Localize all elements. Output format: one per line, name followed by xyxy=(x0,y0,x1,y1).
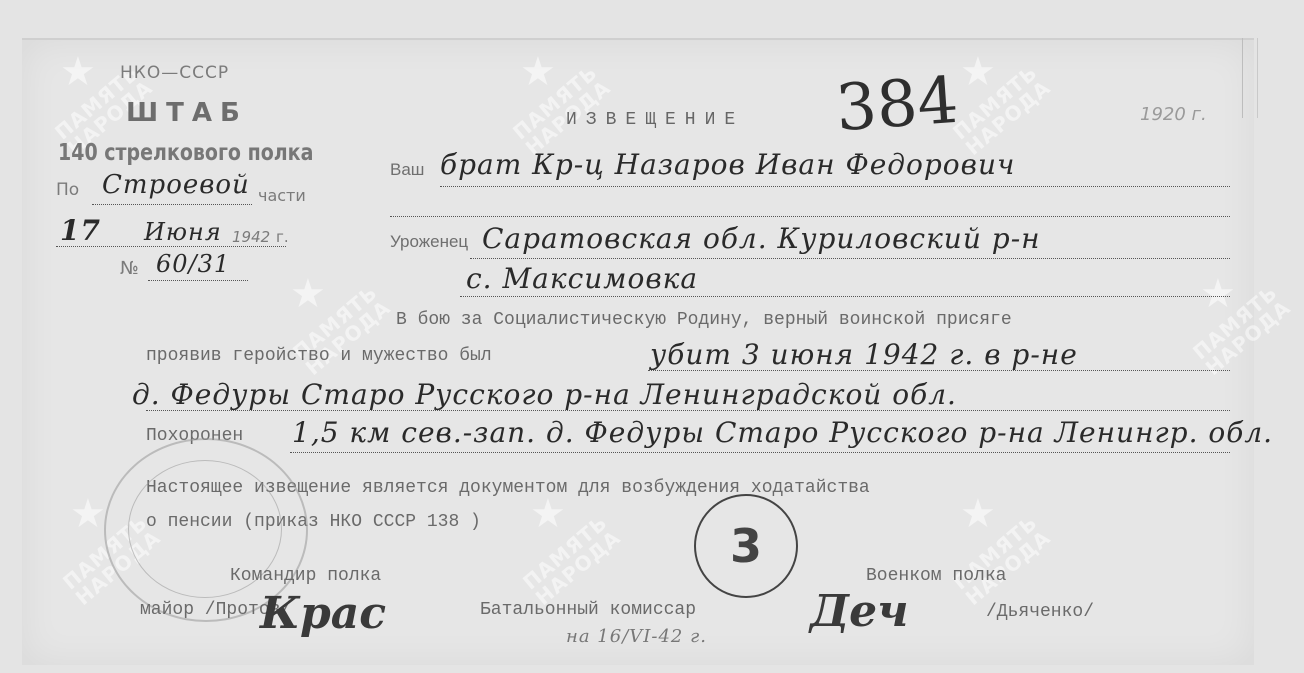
circled-number: 3 xyxy=(694,494,798,598)
date-underline xyxy=(56,246,286,247)
header-staff: ШТАБ xyxy=(126,98,248,128)
watermark-star-icon: ★ xyxy=(520,48,556,95)
header-org: НКО—СССР xyxy=(120,63,229,83)
burial-value: 1,5 км сев.-зап. д. Федуры Старо Русског… xyxy=(292,416,1273,449)
body-typed-line2: проявив геройство и мужество был xyxy=(146,346,492,366)
origin-underline-2 xyxy=(460,296,1230,297)
addressee-value: брат Кр-ц Назаров Иван Федорович xyxy=(440,148,1015,181)
dept-value: Строевой xyxy=(102,170,250,200)
header-regiment: 140 стрелкового полка xyxy=(58,140,313,166)
commissar-title: Батальонный комиссар xyxy=(480,600,696,620)
military-commissar-name: /Дьяченко/ xyxy=(986,602,1094,622)
origin-underline-1 xyxy=(470,258,1230,259)
corner-note: 1920 г. xyxy=(1140,104,1207,125)
number-underline xyxy=(148,280,248,281)
dept-underline xyxy=(92,204,252,205)
date-month: Июня xyxy=(144,218,222,246)
document-title: ИЗВЕЩЕНИЕ xyxy=(566,110,744,130)
number-label: № xyxy=(120,258,139,279)
dept-suffix: части xyxy=(258,186,306,205)
death-details-underline xyxy=(648,370,1230,371)
date-year: 1942 xyxy=(232,228,270,246)
military-commissar-title: Военком полка xyxy=(866,566,1006,586)
origin-label: Уроженец xyxy=(390,232,468,252)
commander-title: Командир полка xyxy=(230,566,381,586)
watermark-star-icon: ★ xyxy=(960,48,996,95)
dept-prefix: По xyxy=(56,180,79,200)
paper-edge-tab xyxy=(1242,38,1258,118)
date-year-suffix: г. xyxy=(276,228,289,246)
watermark-star-icon: ★ xyxy=(60,48,96,95)
death-location-underline xyxy=(146,410,1230,411)
origin-line1: Саратовская обл. Куриловский р-н xyxy=(482,222,1041,255)
military-commissar-signature: Деч xyxy=(810,586,909,637)
archive-number: 384 xyxy=(834,64,961,146)
watermark-star-icon: ★ xyxy=(960,490,996,537)
death-location: д. Федуры Старо Русского р-на Ленинградс… xyxy=(132,378,957,411)
addressee-label: Ваш xyxy=(390,160,424,180)
body-typed-line1: В бою за Социалистическую Родину, верный… xyxy=(396,310,1012,330)
death-details: убит 3 июня 1942 г. в р-не xyxy=(650,338,1078,371)
commander-signature: Крас xyxy=(260,588,386,639)
addressee-underline xyxy=(440,186,1230,187)
watermark-star-icon: ★ xyxy=(70,490,106,537)
burial-underline xyxy=(290,452,1230,453)
watermark-star-icon: ★ xyxy=(290,270,326,317)
date-day: 17 xyxy=(60,214,101,247)
origin-line2: с. Максимовка xyxy=(466,262,698,295)
blank-rule xyxy=(390,216,1230,217)
commissar-note: на 16/VI-42 г. xyxy=(566,626,707,647)
number-value: 60/31 xyxy=(156,250,230,278)
